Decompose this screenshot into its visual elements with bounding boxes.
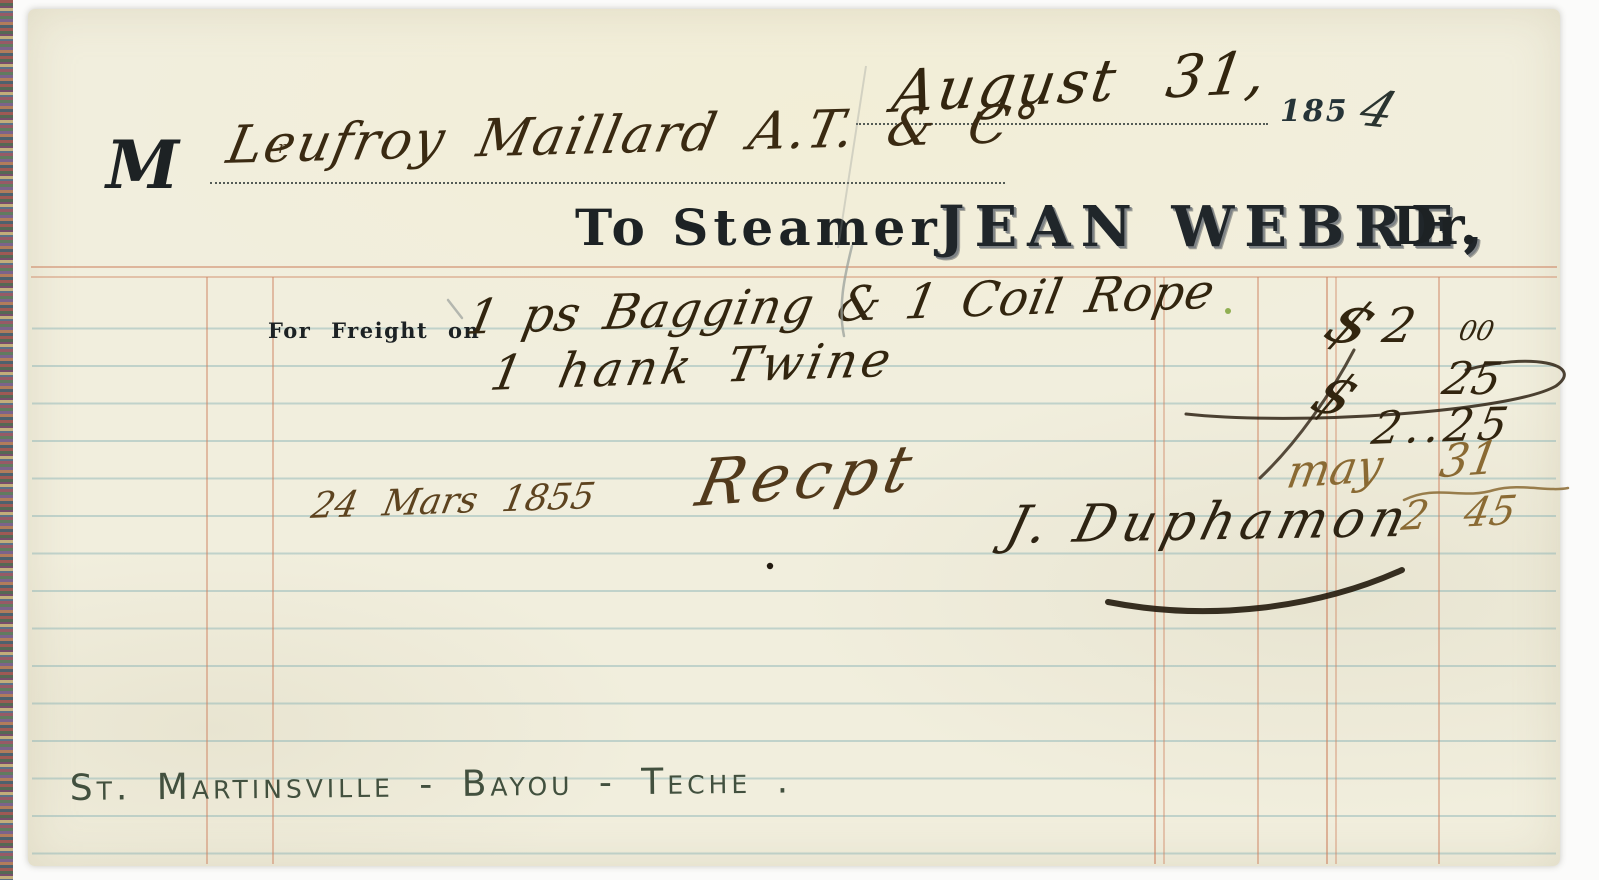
amount-cents-1: 00 <box>1456 316 1497 347</box>
printed-addressee-prefix: M <box>106 126 179 204</box>
printed-dr-abbrev: Dr. <box>1392 196 1478 257</box>
freight-label: For Freight on <box>268 318 480 343</box>
printed-year: 185 <box>1280 94 1349 129</box>
location-note: St. Martinsville - Bayou - Teche . <box>70 760 793 809</box>
column-rule-right-1 <box>1154 277 1165 864</box>
book-edge-strip <box>0 0 13 880</box>
addressee-rule <box>210 182 1005 184</box>
signature: J. Duphamon <box>1000 489 1418 556</box>
scan-surface: August 31, 185 4 M r Leufroy Maillard A.… <box>0 0 1599 880</box>
column-rule-right-2 <box>1257 277 1259 864</box>
column-rule-right-4 <box>1438 277 1440 864</box>
printed-to-steamer: To Steamer <box>575 198 942 257</box>
